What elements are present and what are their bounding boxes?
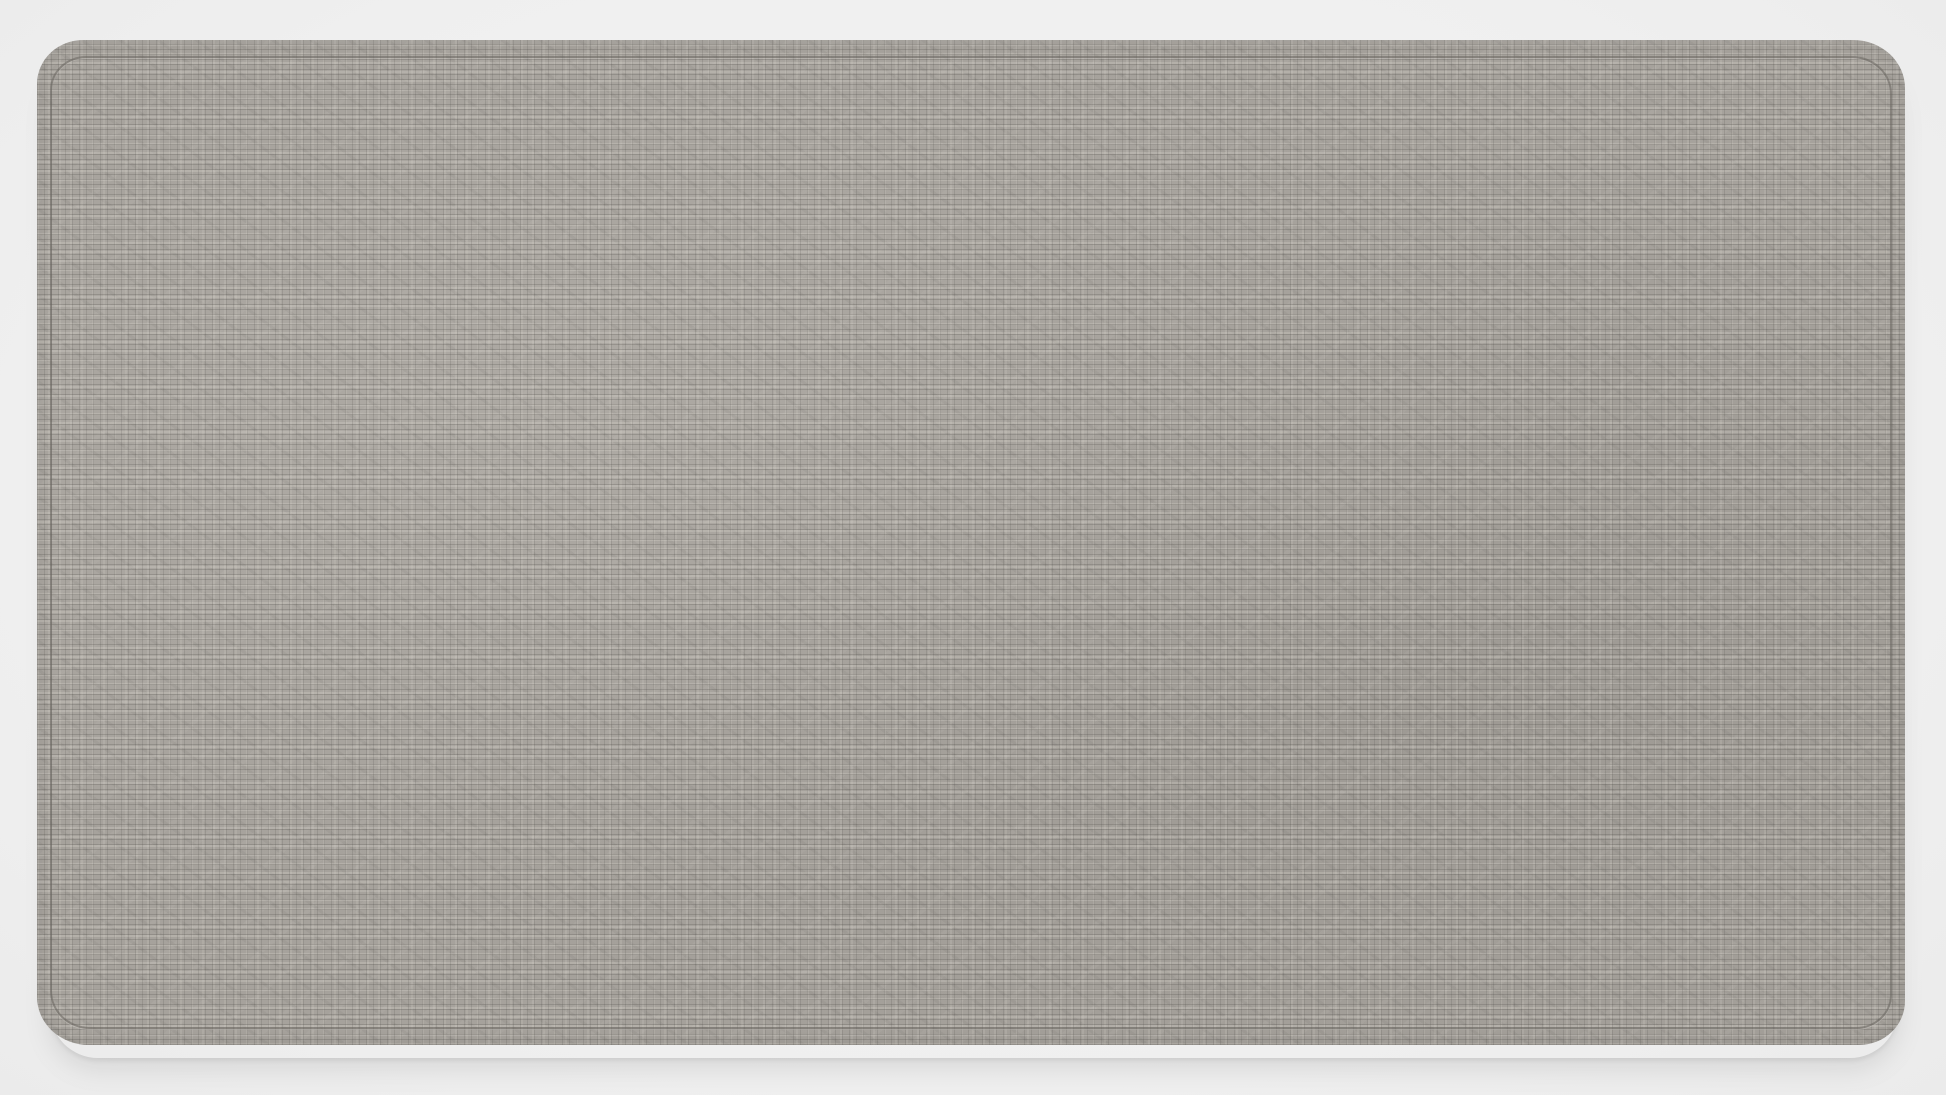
cushion-piping-welt <box>50 56 1892 1029</box>
product-photo-stage: upholstered ottoman cushion, top-down vi… <box>0 0 1946 1095</box>
scene-subject: upholstered ottoman cushion, top-down vi… <box>0 0 1 1</box>
scene-fabric: heathered gray tweed <box>0 0 1 1</box>
ottoman-cushion <box>37 40 1905 1045</box>
